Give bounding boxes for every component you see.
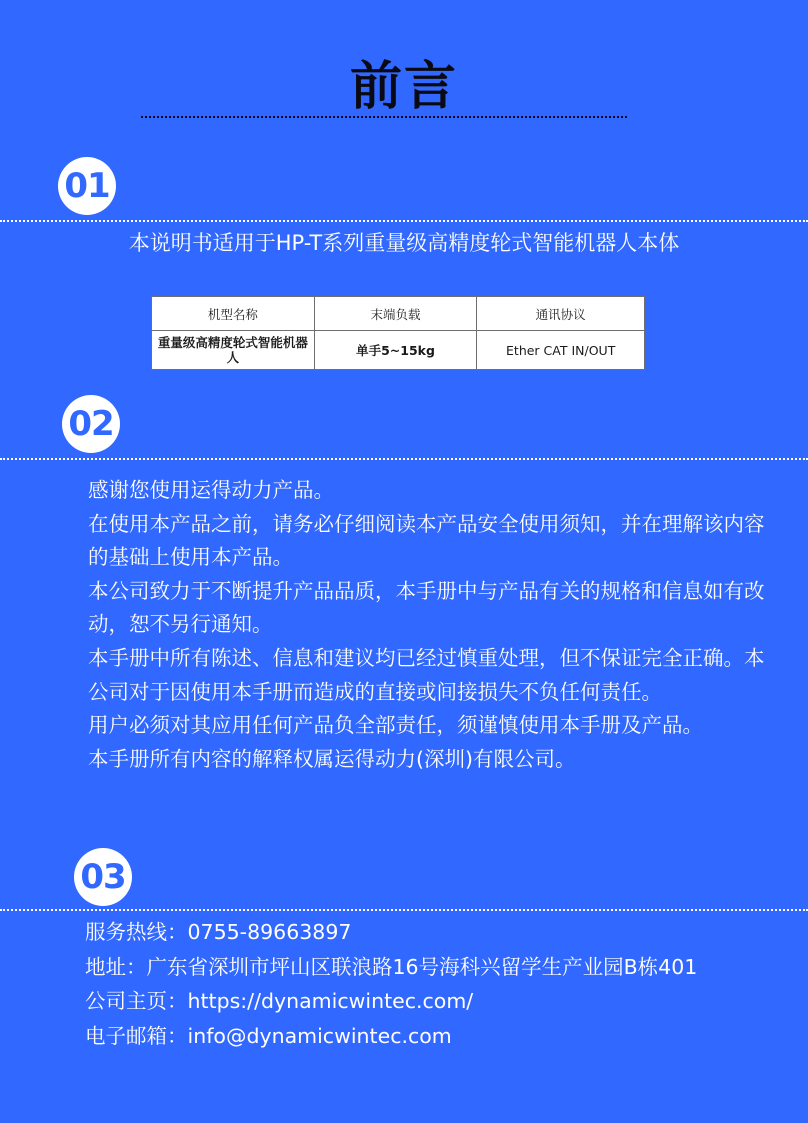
section-divider-02 bbox=[0, 458, 808, 460]
contact-label: 地址： bbox=[85, 955, 147, 979]
section-number-badge-02: 02 bbox=[62, 395, 120, 453]
notice-paragraph: 本公司致力于不断提升产品品质，本手册中与产品有关的规格和信息如有改动，恕不另行通… bbox=[88, 575, 768, 642]
notice-paragraphs: 感谢您使用运得动力产品。 在使用本产品之前，请务必仔细阅读本产品安全使用须知，并… bbox=[88, 474, 768, 776]
title-underline-divider bbox=[141, 116, 627, 118]
section-divider-01 bbox=[0, 220, 808, 222]
contact-email: 电子邮箱：info@dynamicwintec.com bbox=[85, 1019, 785, 1054]
column-header-model-name: 机型名称 bbox=[152, 297, 315, 331]
hotline-value: 0755-89663897 bbox=[188, 920, 352, 944]
notice-paragraph: 用户必须对其应用任何产品负全部责任，须谨慎使用本手册及产品。 bbox=[88, 709, 768, 743]
notice-paragraph: 在使用本产品之前，请务必仔细阅读本产品安全使用须知，并在理解该内容的基础上使用本… bbox=[88, 508, 768, 575]
notice-paragraph: 本手册中所有陈述、信息和建议均已经过慎重处理，但不保证完全正确。本公司对于因使用… bbox=[88, 642, 768, 709]
email-link[interactable]: info@dynamicwintec.com bbox=[188, 1024, 452, 1048]
contact-info: 服务热线：0755-89663897 地址：广东省深圳市坪山区联浪路16号海科兴… bbox=[85, 915, 785, 1053]
contact-hotline: 服务热线：0755-89663897 bbox=[85, 915, 785, 950]
homepage-link[interactable]: https://dynamicwintec.com/ bbox=[188, 989, 474, 1013]
page-title: 前言 bbox=[0, 52, 808, 122]
notice-paragraph: 本手册所有内容的解释权属运得动力(深圳)有限公司。 bbox=[88, 743, 768, 777]
notice-paragraph: 感谢您使用运得动力产品。 bbox=[88, 474, 768, 508]
section-number-badge-03: 03 bbox=[74, 848, 132, 906]
section-number-badge-01: 01 bbox=[58, 157, 116, 215]
table-header-row: 机型名称 末端负载 通讯协议 bbox=[152, 297, 645, 331]
contact-address: 地址：广东省深圳市坪山区联浪路16号海科兴留学生产业园B栋401 bbox=[85, 950, 785, 985]
cell-end-load: 单手5~15kg bbox=[314, 331, 477, 370]
applicability-statement: 本说明书适用于HP-T系列重量级高精度轮式智能机器人本体 bbox=[0, 226, 808, 260]
contact-label: 电子邮箱： bbox=[85, 1024, 188, 1048]
column-header-end-load: 末端负载 bbox=[314, 297, 477, 331]
cell-model-name: 重量级高精度轮式智能机器人 bbox=[152, 331, 315, 370]
contact-label: 公司主页： bbox=[85, 989, 188, 1013]
model-spec-table: 机型名称 末端负载 通讯协议 重量级高精度轮式智能机器人 单手5~15kg Et… bbox=[151, 296, 645, 370]
contact-label: 服务热线： bbox=[85, 920, 188, 944]
table-row: 重量级高精度轮式智能机器人 单手5~15kg Ether CAT IN/OUT bbox=[152, 331, 645, 370]
column-header-protocol: 通讯协议 bbox=[477, 297, 645, 331]
cell-protocol: Ether CAT IN/OUT bbox=[477, 331, 645, 370]
contact-homepage: 公司主页：https://dynamicwintec.com/ bbox=[85, 984, 785, 1019]
section-divider-03 bbox=[0, 909, 808, 911]
address-value: 广东省深圳市坪山区联浪路16号海科兴留学生产业园B栋401 bbox=[147, 955, 698, 979]
